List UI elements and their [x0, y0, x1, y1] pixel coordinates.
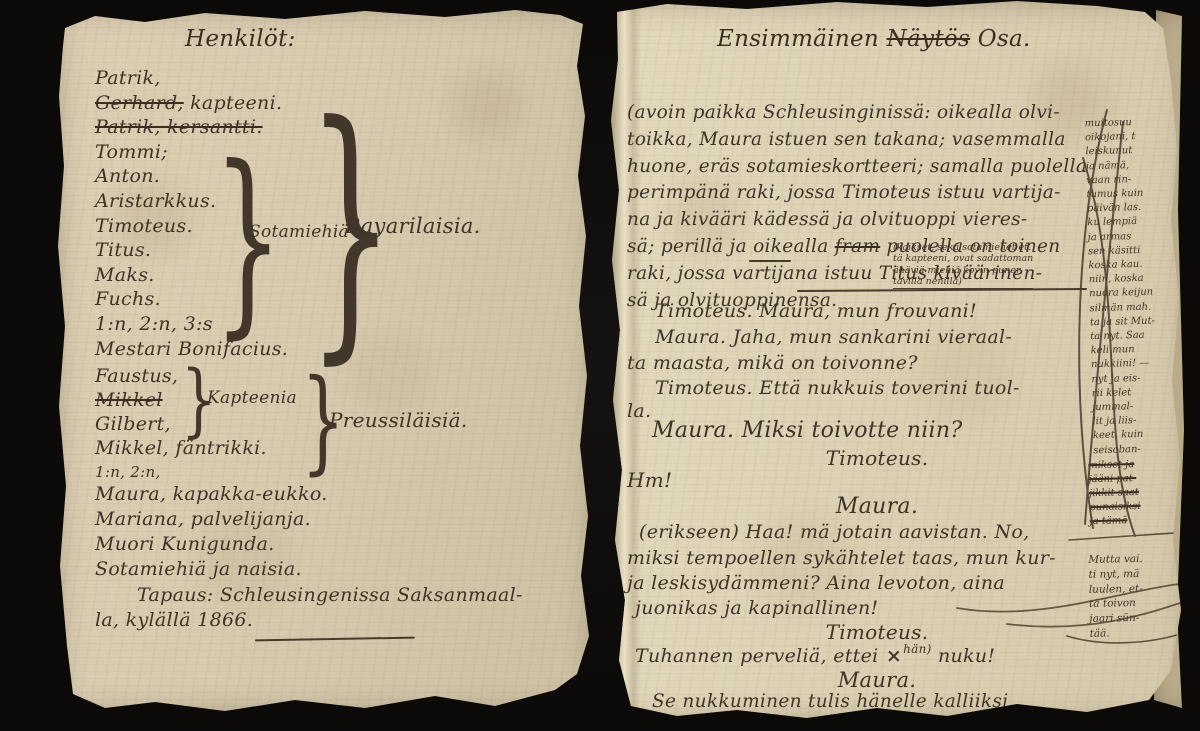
- speaker-heading: Maura.: [597, 494, 1157, 519]
- insert-line: tavilla nenillä): [893, 276, 1033, 287]
- speaker-heading: Timoteus.: [597, 620, 1157, 644]
- dialogue-line: ta maasta, mikä on toivonne?: [627, 352, 918, 374]
- cast-line: 1:n, 2:n,: [95, 460, 267, 484]
- cast-line: Sotamiehiä ja naisia.: [95, 557, 328, 582]
- insert-line: ähäviä miehiä kovin puner.: [893, 265, 1033, 276]
- section-rule: [255, 637, 415, 642]
- speaker-heading: Timoteus.: [597, 446, 1157, 470]
- insert-dash: [749, 260, 791, 262]
- stage-line: toikka, Maura istuen sen takana; vasemma…: [627, 127, 1087, 154]
- cast-line: Patrik,: [95, 66, 288, 91]
- left-page: Henkilöt: Patrik, Gerhard, kapteeni. Pat…: [55, 6, 595, 714]
- cast-line: Muori Kunigunda.: [95, 532, 328, 557]
- brace-bavarians-label: Bayarilaisia.: [345, 214, 481, 238]
- manuscript-photo: Henkilöt: Patrik, Gerhard, kapteeni. Pat…: [0, 0, 1200, 731]
- speaker-heading: Maura.: [597, 668, 1157, 692]
- insert-line: tä kapteeni, ovat sadattoman: [893, 253, 1033, 264]
- margin-note-upper: muitosuu oikojani, t leiskunut ja nämä, …: [1085, 115, 1190, 458]
- stage-line: (avoin paikka Schleusinginissä: oikealla…: [627, 100, 1087, 127]
- dialogue-line: juonikas ja kapinallinen!: [635, 597, 879, 619]
- dialogue-line-with-insertion: Tuhannen perveliä, ettei ×hän) nuku!: [635, 645, 995, 667]
- setting-line: Tapaus: Schleusingenissa Saksanmaal-: [137, 584, 523, 606]
- cast-list-women: Maura, kapakka-eukko. Mariana, palvelija…: [95, 482, 328, 582]
- setting-line: la, kylällä 1866.: [95, 609, 253, 631]
- margin-note-struck: mikset ja jääni pat- jikkit saat punaisi…: [1088, 457, 1186, 529]
- cast-title: Henkilöt:: [185, 26, 355, 52]
- insertion-caret: ×: [885, 645, 903, 667]
- insert-line: (kaikset, sekä sotamiehet et.: [893, 242, 1033, 253]
- stage-line: huone, eräs sotamieskortteeri; samalla p…: [627, 154, 1087, 181]
- scene-title: Ensimmäinen Näytös Osa.: [717, 26, 1077, 52]
- cast-line: Maura, kapakka-eukko.: [95, 482, 328, 507]
- dialogue-line: ja leskisydämmeni? Aina levoton, aina: [627, 572, 1005, 594]
- dialogue-line: Timoteus. Että nukkuis toverini tuol-: [655, 377, 1020, 399]
- margin-note-lower: Mutta vai. ti nyt, mä luulen, et- tä toi…: [1088, 551, 1186, 641]
- dialogue-line: la.: [627, 400, 651, 422]
- right-page: Ensimmäinen Näytös Osa. (avoin paikka Sc…: [597, 0, 1190, 723]
- cast-line: Mariana, palvelijanja.: [95, 507, 328, 532]
- dialogue-line: (erikseen) Haa! mä jotain aavistan. No,: [639, 521, 1029, 543]
- interlinear-insert: (kaikset, sekä sotamiehet et. tä kapteen…: [893, 242, 1033, 289]
- brace-prussians-label: Preussiläisiä.: [329, 408, 468, 432]
- dialogue-line: Hm!: [627, 468, 672, 492]
- dialogue-line: Timoteus. Maura, mun frouvani!: [655, 300, 977, 322]
- dialogue-line: miksi tempoellen sykähtelet taas, mun ku…: [627, 547, 1056, 569]
- cast-line: Gerhard, kapteeni.: [95, 91, 288, 116]
- dialogue-line: Maura. Jaha, mun sankarini vieraal-: [655, 326, 1012, 348]
- dialogue-line: Maura. Miksi toivotte niin?: [652, 418, 962, 443]
- brace-captains-label: Kapteenia: [207, 388, 297, 408]
- dialogue-line: Se nukkuminen tulis hänelle kalliiksi.: [652, 691, 1015, 712]
- stage-line: perimpänä raki, jossa Timoteus istuu var…: [627, 180, 1087, 207]
- insertion-word: hän): [903, 642, 932, 656]
- stage-line: na ja kivääri kädessä ja olvituoppi vier…: [627, 207, 1087, 234]
